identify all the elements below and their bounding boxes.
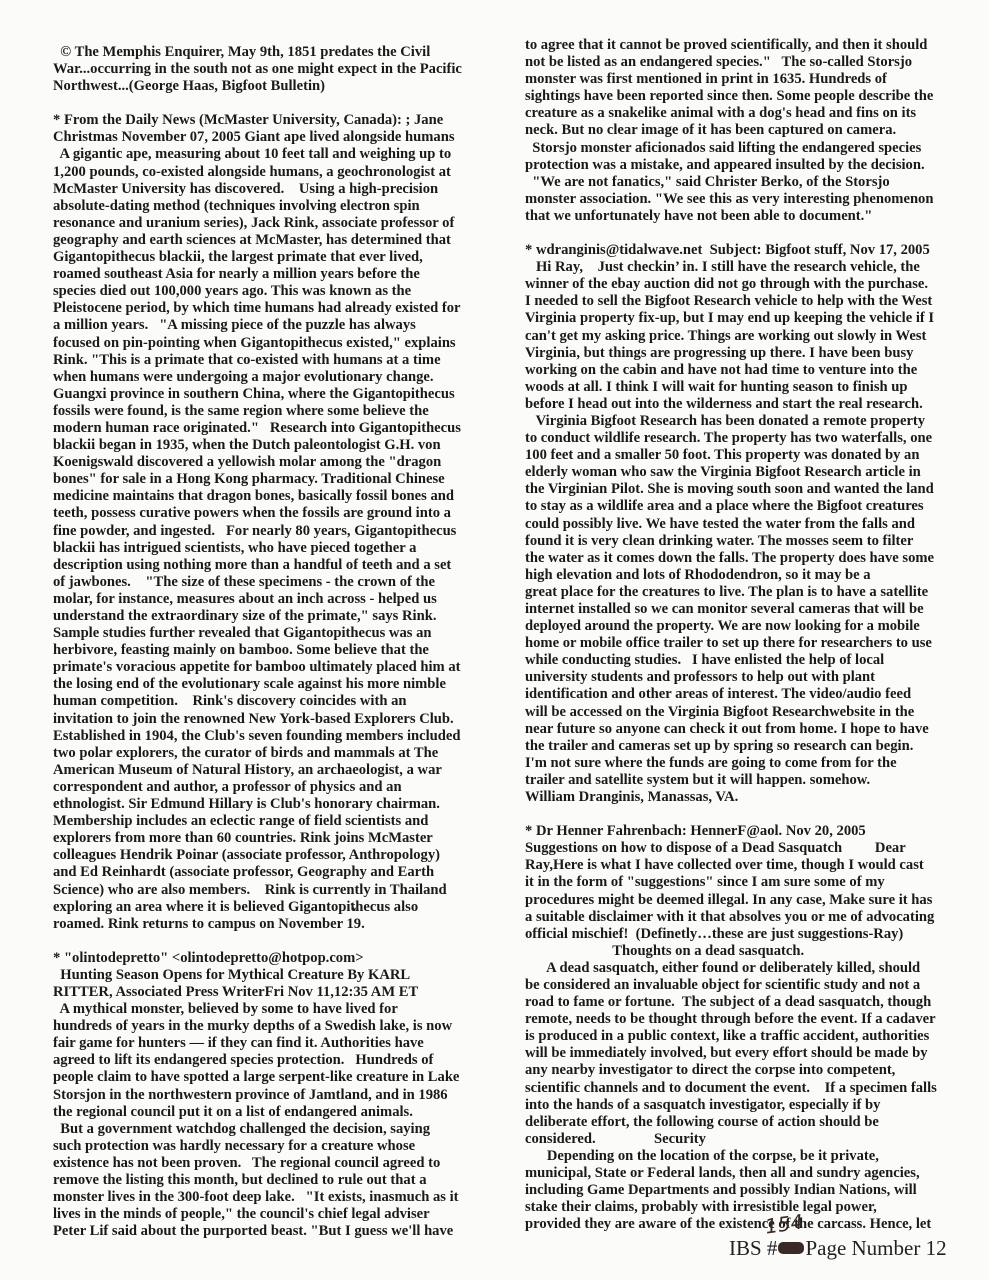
text-line: neck. But no clear image of it has been … [525, 122, 943, 139]
text-line: home or mobile office trailer to set up … [525, 635, 943, 652]
text-line: while conducting studies. I have enliste… [525, 652, 943, 669]
text-line: species died out 100,000 years ago. This… [53, 283, 503, 300]
text-line: monster association. "We see this as ver… [525, 191, 943, 208]
text-line: and Ed Reinhardt (associate professor, G… [53, 864, 503, 881]
text-line [525, 20, 943, 37]
text-line: Virginia property fix-up, but I may end … [525, 310, 943, 327]
text-line: A dead sasquatch, either found or delibe… [525, 960, 943, 977]
text-line: Science) who are also members. Rink is c… [53, 882, 503, 899]
text-line: can't get my asking price. Things are wo… [525, 328, 943, 345]
text-line: such protection was hardly necessary for… [53, 1138, 503, 1155]
text-line: is produced in a public context, like a … [525, 1028, 943, 1045]
text-line: any nearby investigator to direct the co… [525, 1062, 943, 1079]
text-line: human competition. Rink's discovery coin… [53, 693, 503, 710]
text-line: War...occurring in the south not as one … [53, 61, 503, 78]
text-line: herbivore, feasting mainly on bamboo. So… [53, 642, 503, 659]
text-line: working on the cabin and have not had ti… [525, 362, 943, 379]
text-line: Suggestions on how to dispose of a Dead … [525, 840, 943, 857]
text-line: deployed around the property. We are now… [525, 618, 943, 635]
text-line: to stay as a wildlife area and a place w… [525, 498, 943, 515]
text-line: official mischief! (Definetly…these are … [525, 926, 943, 943]
text-line: procedures might be deemed illegal. In a… [525, 892, 943, 909]
text-line [53, 95, 503, 112]
text-line: William Dranginis, Manassas, VA. [525, 789, 943, 806]
text-line: Depending on the location of the corpse,… [525, 1148, 943, 1165]
text-line: Virginia Bigfoot Research has been donat… [525, 413, 943, 430]
text-line: Peter Lif said about the purported beast… [53, 1223, 503, 1240]
text-line: fair game for hunters — if they can find… [53, 1035, 503, 1052]
text-line: university students and professors to he… [525, 669, 943, 686]
text-line: found it is very clean drinking water. T… [525, 533, 943, 550]
text-line: people claim to have spotted a large ser… [53, 1069, 503, 1086]
text-line: elderly woman who saw the Virginia Bigfo… [525, 464, 943, 481]
text-line: considered. Security [525, 1131, 943, 1148]
text-line: woods at all. I think I will wait for hu… [525, 379, 943, 396]
footer-prefix: IBS # [729, 1236, 777, 1260]
text-line: molar, for instance, measures about an i… [53, 591, 503, 608]
left-column: © The Memphis Enquirer, May 9th, 1851 pr… [53, 44, 503, 1240]
handwritten-issue-number: 154 [764, 1209, 805, 1238]
text-line: invitation to join the renowned New York… [53, 711, 503, 728]
text-line: correspondent and author, a professor of… [53, 779, 503, 796]
text-line: creature as a snakelike animal with a do… [525, 105, 943, 122]
text-line: teeth, possess curative powers when the … [53, 505, 503, 522]
text-line: including Game Departments and possibly … [525, 1182, 943, 1199]
text-line: will be accessed on the Virginia Bigfoot… [525, 704, 943, 721]
text-line: I needed to sell the Bigfoot Research ve… [525, 293, 943, 310]
text-line: McMaster University has discovered. Usin… [53, 181, 503, 198]
text-line [53, 933, 503, 950]
text-line: will be immediately involved, but every … [525, 1045, 943, 1062]
text-line: 1,200 pounds, co-existed alongside human… [53, 164, 503, 181]
text-line: be considered an invaluable object for s… [525, 977, 943, 994]
text-line: Established in 1904, the Club's seven fo… [53, 728, 503, 745]
page-footer: IBS #Page Number 12 [729, 1236, 947, 1261]
right-column: to agree that it cannot be proved scient… [525, 20, 943, 1233]
newsletter-page: © The Memphis Enquirer, May 9th, 1851 pr… [0, 0, 989, 1280]
text-line: Membership includes an eclectic range of… [53, 813, 503, 830]
text-line: to conduct wildlife research. The proper… [525, 430, 943, 447]
text-line: winner of the ebay auction did not go th… [525, 276, 943, 293]
text-line: identification and other areas of intere… [525, 686, 943, 703]
text-line: before I head out into the wilderness an… [525, 396, 943, 413]
text-line: I'm not sure where the funds are going t… [525, 755, 943, 772]
text-line: stake their claims, probably with irresi… [525, 1199, 943, 1216]
text-line: Ray,Here is what I have collected over t… [525, 857, 943, 874]
text-line: blackii has intrigued scientists, who ha… [53, 540, 503, 557]
text-line: when humans were undergoing a major evol… [53, 369, 503, 386]
text-line: it in the form of "suggestions" since I … [525, 874, 943, 891]
text-line: monster lives in the 300-foot deep lake.… [53, 1189, 503, 1206]
text-line: "We are not fanatics," said Christer Ber… [525, 174, 943, 191]
text-line: fine powder, and ingested. For nearly 80… [53, 523, 503, 540]
text-line: into the hands of a sasquatch investigat… [525, 1097, 943, 1114]
text-line: road to fame or fortune. The subject of … [525, 994, 943, 1011]
text-line: of jawbones. "The size of these specimen… [53, 574, 503, 591]
text-line: lives in the minds of people," the counc… [53, 1206, 503, 1223]
text-line: hundreds of years in the murky depths of… [53, 1018, 503, 1035]
redacted-issue-number [778, 1242, 804, 1254]
text-line: that we unfortunately have not been able… [525, 208, 943, 225]
text-line: Northwest...(George Haas, Bigfoot Bullet… [53, 78, 503, 95]
text-line: trailer and satellite system but it will… [525, 772, 943, 789]
text-line: exploring an area where it is believed G… [53, 899, 503, 916]
text-line: Guangxi province in southern China, wher… [53, 386, 503, 403]
text-line: description using nothing more than a ha… [53, 557, 503, 574]
text-line: * Dr Henner Fahrenbach: HennerF@aol. Nov… [525, 823, 943, 840]
text-line: two polar explorers, the curator of bird… [53, 745, 503, 762]
text-line: 100 feet and a smaller 50 foot. This pro… [525, 447, 943, 464]
text-line: Pleistocene period, by which time humans… [53, 300, 503, 317]
text-line: scientific channels and to document the … [525, 1080, 943, 1097]
text-line: Koenigswald discovered a yellowish molar… [53, 454, 503, 471]
footer-page-number: Page Number 12 [805, 1236, 946, 1260]
text-line: could possibly live. We have tested the … [525, 516, 943, 533]
text-line: * wdranginis@tidalwave.net Subject: Bigf… [525, 242, 943, 259]
text-line: medicine maintains that dragon bones, ba… [53, 488, 503, 505]
text-line: monster was first mentioned in print in … [525, 71, 943, 88]
text-line: focused on pin-pointing when Gigantopith… [53, 335, 503, 352]
text-line: * "olintodepretto" <olintodepretto@hotpo… [53, 950, 503, 967]
text-line: near future so anyone can check it out f… [525, 721, 943, 738]
text-line: high elevation and lots of Rhododendron,… [525, 567, 943, 584]
text-line: Thoughts on a dead sasquatch. [525, 943, 943, 960]
text-line: a suitable disclaimer with it that absol… [525, 909, 943, 926]
text-line: fossils were found, is the same region w… [53, 403, 503, 420]
text-line: Hi Ray, Just checkin’ in. I still have t… [525, 259, 943, 276]
text-line: * From the Daily News (McMaster Universi… [53, 112, 503, 129]
text-line: municipal, State or Federal lands, then … [525, 1165, 943, 1182]
text-line: bones" for sale in a Hong Kong pharmacy.… [53, 471, 503, 488]
text-line: blackii began in 1935, when the Dutch pa… [53, 437, 503, 454]
text-line: resonance and uranium series), Jack Rink… [53, 215, 503, 232]
text-line: provided they are aware of the existence… [525, 1216, 943, 1233]
text-line: A mythical monster, believed by some to … [53, 1001, 503, 1018]
text-line: deliberate effort, the following course … [525, 1114, 943, 1131]
text-line: © The Memphis Enquirer, May 9th, 1851 pr… [53, 44, 503, 61]
text-line: Hunting Season Opens for Mythical Creatu… [53, 967, 503, 984]
text-line: the trailer and cameras set up by spring… [525, 738, 943, 755]
text-line: roamed. Rink returns to campus on Novemb… [53, 916, 503, 933]
text-line: A gigantic ape, measuring about 10 feet … [53, 146, 503, 163]
text-line: colleagues Hendrik Poinar (associate pro… [53, 847, 503, 864]
text-line: roamed southeast Asia for nearly a milli… [53, 266, 503, 283]
text-line: the losing end of the evolutionary scale… [53, 676, 503, 693]
text-line: Virginia, but things are progressing up … [525, 345, 943, 362]
text-line: existence has not been proven. The regio… [53, 1155, 503, 1172]
text-line: sightings have been reported since then.… [525, 88, 943, 105]
text-line: But a government watchdog challenged the… [53, 1121, 503, 1138]
text-line: understand the extraordinary size of the… [53, 608, 503, 625]
text-line: a million years. "A missing piece of the… [53, 317, 503, 334]
text-line: Sample studies further revealed that Gig… [53, 625, 503, 642]
text-line: RITTER, Associated Press WriterFri Nov 1… [53, 984, 503, 1001]
text-line: Storsjon in the northwestern province of… [53, 1087, 503, 1104]
text-line: protection was a mistake, and appeared i… [525, 157, 943, 174]
text-line: American Museum of Natural History, an a… [53, 762, 503, 779]
text-line: remove the listing this month, but decli… [53, 1172, 503, 1189]
text-line: modern human race originated." Research … [53, 420, 503, 437]
text-line: Storsjo monster aficionados said lifting… [525, 140, 943, 157]
text-line: not be listed as an endangered species."… [525, 54, 943, 71]
text-line: Gigantopithecus blackii, the largest pri… [53, 249, 503, 266]
text-line: primate's voracious appetite for bamboo … [53, 659, 503, 676]
text-line: Rink. "This is a primate that co-existed… [53, 352, 503, 369]
text-line: Christmas November 07, 2005 Giant ape li… [53, 129, 503, 146]
text-line: the regional council put it on a list of… [53, 1104, 503, 1121]
text-line: agreed to lift its endangered species pr… [53, 1052, 503, 1069]
text-line [525, 806, 943, 823]
text-line: the water as it comes down the falls. Th… [525, 550, 943, 567]
text-line: the Virginian Pilot. She is moving south… [525, 481, 943, 498]
text-line: ethnologist. Sir Edmund Hillary is Club'… [53, 796, 503, 813]
text-line: great place for the creatures to live. T… [525, 584, 943, 601]
text-line: explorers from more than 60 countries. R… [53, 830, 503, 847]
text-line: remote, needs to be thought through befo… [525, 1011, 943, 1028]
text-line: to agree that it cannot be proved scient… [525, 37, 943, 54]
text-line: geography and earth sciences at McMaster… [53, 232, 503, 249]
text-line: absolute-dating method (techniques invol… [53, 198, 503, 215]
text-line [525, 225, 943, 242]
text-line: internet installed so we can monitor sev… [525, 601, 943, 618]
